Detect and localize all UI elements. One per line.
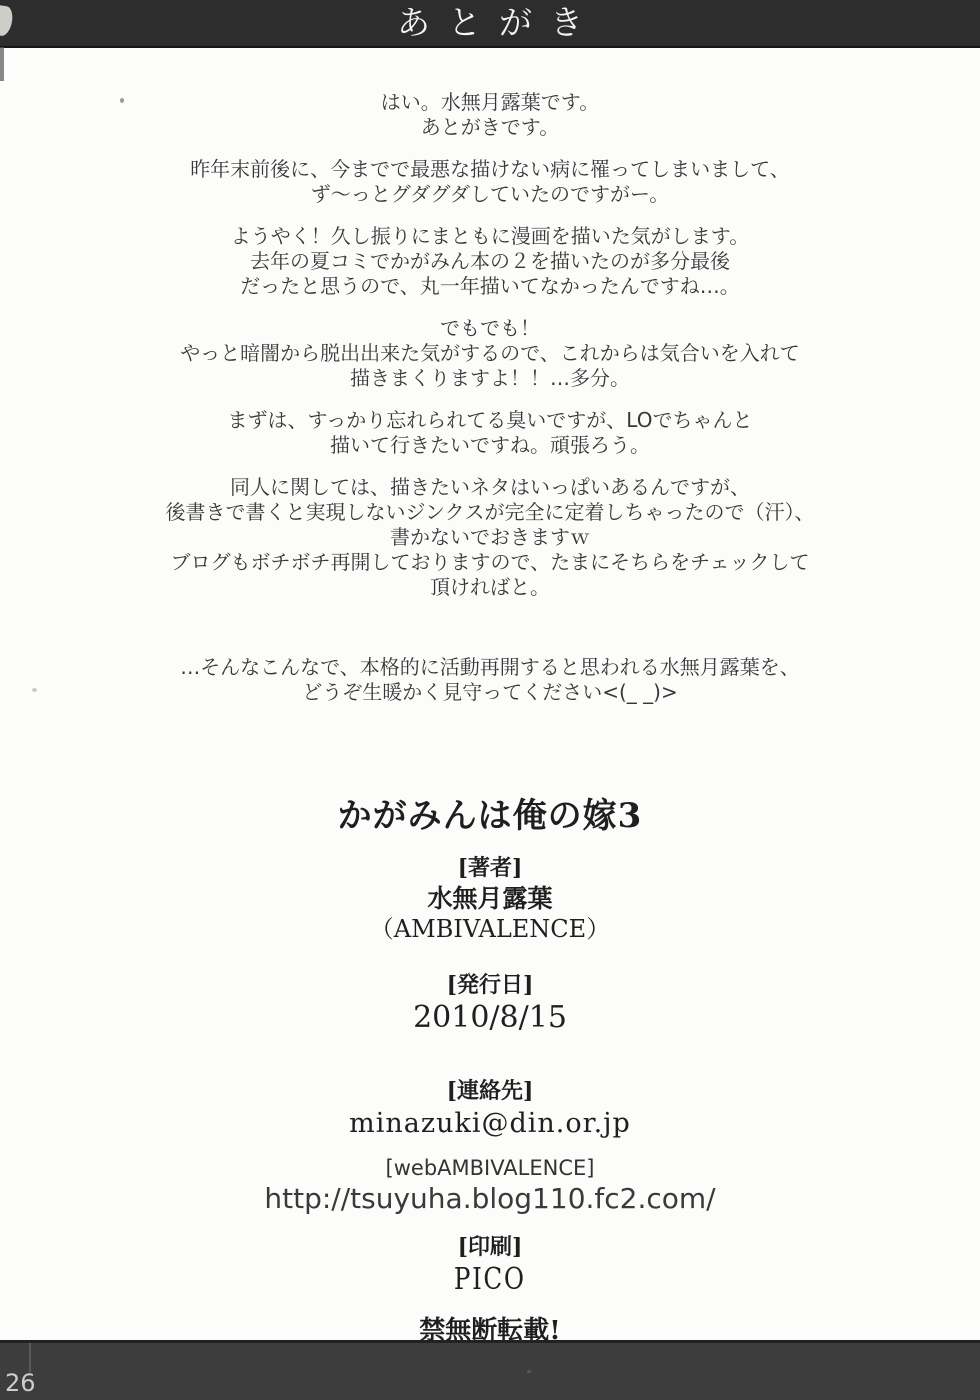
colophon: かがみんは俺の嫁3 [著者] 水無月露葉 （AMBIVALENCE） [発行日]… [0, 788, 980, 1378]
colophon-printer-group: [印刷] PICO [0, 1232, 980, 1298]
page-header-bar: あとがき [0, 0, 980, 48]
afterword-line: ブログもボチボチ再開しておりますので、たまにそちらをチェックして [0, 550, 980, 575]
afterword-line: やっと暗闇から脱出出来た気がするので、これからは気合いを入れて [0, 341, 980, 366]
scan-speck [527, 1370, 531, 1373]
website-url: http://tsuyuha.blog110.fc2.com/ [0, 1182, 980, 1216]
page-number: 26 [5, 1369, 36, 1397]
afterword-text: はい。水無月露葉です。 あとがきです。 昨年末前後に、今までで最悪な描けない病に… [0, 46, 980, 722]
afterword-line: 描いて行きたいですね。頑張ろう。 [0, 433, 980, 458]
website-label: [webAMBIVALENCE] [0, 1154, 980, 1182]
author-circle: （AMBIVALENCE） [0, 915, 980, 944]
afterword-line: だったと思うので、丸一年描いてなかったんですね…。 [0, 274, 980, 299]
afterword-line: ようやく！久し振りにまともに漫画を描いた気がします。 [0, 224, 980, 249]
afterword-closing-paragraph: …そんなこんなで、本格的に活動再開すると思われる水無月露葉を、 どうぞ生暖かく見… [0, 655, 980, 705]
afterword-paragraph: まずは、すっかり忘れられてる臭いですが、LOでちゃんと 描いて行きたいですね。頑… [0, 408, 980, 458]
colophon-contact-group: [連絡先] minazuki@din.or.jp [0, 1076, 980, 1142]
afterword-heading: あとがき [397, 0, 601, 46]
contact-email: minazuki@din.or.jp [0, 1106, 980, 1142]
page-footer-bar: 26 [0, 1340, 980, 1400]
colophon-date-group: [発行日] 2010/8/15 [0, 970, 980, 1036]
afterword-line: …そんなこんなで、本格的に活動再開すると思われる水無月露葉を、 [0, 655, 980, 680]
scan-speck [0, 47, 4, 81]
printer-label: [印刷] [0, 1232, 980, 1262]
afterword-line: 昨年末前後に、今までで最悪な描けない病に罹ってしまいまして、 [0, 157, 980, 182]
book-title: かがみんは俺の嫁3 [0, 788, 980, 837]
author-label: [著者] [0, 853, 980, 883]
afterword-paragraph: 同人に関しては、描きたいネタはいっぱいあるんですが、 後書きで書くと実現しないジ… [0, 475, 980, 600]
afterword-paragraph: ようやく！久し振りにまともに漫画を描いた気がします。 去年の夏コミでかがみん本の… [0, 224, 980, 299]
afterword-paragraph: はい。水無月露葉です。 あとがきです。 [0, 90, 980, 140]
afterword-line: どうぞ生暖かく見守ってください<(_ _)> [0, 680, 980, 705]
colophon-web-group: [webAMBIVALENCE] http://tsuyuha.blog110.… [0, 1154, 980, 1216]
afterword-line: あとがきです。 [0, 115, 980, 140]
afterword-line: ず〜っとグダグダしていたのですがー。 [0, 182, 980, 207]
publication-date-label: [発行日] [0, 970, 980, 1000]
afterword-line: 書かないでおきますｗ [0, 525, 980, 550]
author-name: 水無月露葉 [0, 883, 980, 915]
afterword-line: まずは、すっかり忘れられてる臭いですが、LOでちゃんと [0, 408, 980, 433]
scan-notch [0, 5, 14, 37]
scan-speck [32, 688, 37, 692]
afterword-line: 後書きで書くと実現しないジンクスが完全に定着しちゃったので（汗）、 [0, 500, 980, 525]
contact-label: [連絡先] [0, 1076, 980, 1106]
afterword-line: はい。水無月露葉です。 [0, 90, 980, 115]
afterword-line: 去年の夏コミでかがみん本の２を描いたのが多分最後 [0, 249, 980, 274]
colophon-author-group: [著者] 水無月露葉 （AMBIVALENCE） [0, 853, 980, 944]
afterword-line: 頂ければと。 [0, 575, 980, 600]
afterword-line: 同人に関しては、描きたいネタはいっぱいあるんですが、 [0, 475, 980, 500]
scan-speck [120, 98, 124, 103]
publication-date: 2010/8/15 [0, 1000, 980, 1036]
afterword-line: でもでも！ [0, 316, 980, 341]
scan-artifact-line [29, 1343, 31, 1372]
afterword-paragraph: 昨年末前後に、今までで最悪な描けない病に罹ってしまいまして、 ず〜っとグダグダし… [0, 157, 980, 207]
scanned-afterword-page: あとがき はい。水無月露葉です。 あとがきです。 昨年末前後に、今までで最悪な描… [0, 0, 980, 1400]
printer-name: PICO [454, 1262, 526, 1298]
afterword-line: 描きまくりますよ！！…多分。 [0, 366, 980, 391]
afterword-paragraph: でもでも！ やっと暗闇から脱出出来た気がするので、これからは気合いを入れて 描き… [0, 316, 980, 391]
